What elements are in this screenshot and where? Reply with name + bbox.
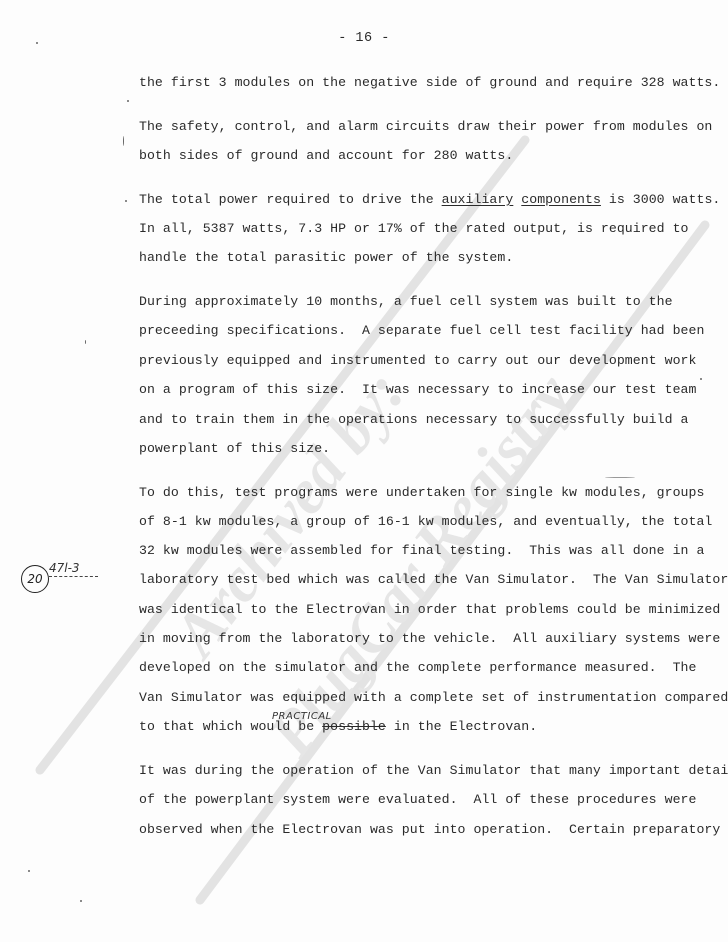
text-line: 32 kw modules were assembled for final t… — [139, 543, 704, 559]
scan-speck — [605, 477, 635, 478]
scan-speck — [125, 200, 127, 202]
text-segment: in the Electrovan. — [386, 719, 537, 734]
text-line: on a program of this size. It was necess… — [139, 382, 696, 398]
underlined-term-components: components — [521, 192, 601, 207]
text-line: The total power required to drive the au… — [139, 192, 720, 208]
text-line: powerplant of this size. — [139, 441, 330, 457]
text-line: observed when the Electrovan was put int… — [139, 822, 720, 838]
text-line: previously equipped and instrumented to … — [139, 353, 696, 369]
text-line: To do this, test programs were undertake… — [139, 485, 704, 501]
text-line: The safety, control, and alarm circuits … — [139, 119, 712, 135]
text-line: to that which would be possible in the E… — [139, 719, 537, 735]
text-line: laboratory test bed which was called the… — [139, 572, 728, 588]
text-line: preceeding specifications. A separate fu… — [139, 323, 704, 339]
handwritten-correction: PRACTICAL — [272, 711, 332, 722]
scan-speck — [123, 136, 124, 146]
text-line: of 8-1 kw modules, a group of 16-1 kw mo… — [139, 514, 712, 530]
text-line: It was during the operation of the Van S… — [139, 763, 728, 779]
scan-speck — [700, 378, 702, 380]
circled-number: 20 — [21, 565, 49, 593]
text-line: both sides of ground and account for 280… — [139, 148, 513, 164]
page-number: - 16 - — [0, 31, 728, 46]
scan-speck — [127, 100, 129, 102]
text-line: During approximately 10 months, a fuel c… — [139, 294, 673, 310]
text-line: the first 3 modules on the negative side… — [139, 75, 720, 91]
text-line: was identical to the Electrovan in order… — [139, 602, 720, 618]
margin-annotation: 20 47l-3 — [21, 561, 141, 601]
scan-speck — [36, 42, 38, 44]
text-segment: is 3000 watts. — [601, 192, 720, 207]
reference-code: 47l-3 — [49, 561, 98, 577]
text-line: and to train them in the operations nece… — [139, 412, 689, 428]
scan-speck — [85, 340, 86, 344]
scan-speck — [28, 870, 30, 872]
text-line: of the powerplant system were evaluated.… — [139, 792, 696, 808]
scan-speck — [80, 900, 82, 902]
text-line: In all, 5387 watts, 7.3 HP or 17% of the… — [139, 221, 689, 237]
text-line: in moving from the laboratory to the veh… — [139, 631, 720, 647]
document-page: Archived by: PlugCar Registry - 16 - the… — [0, 0, 728, 942]
underlined-term-auxiliary: auxiliary — [442, 192, 514, 207]
text-line: handle the total parasitic power of the … — [139, 250, 513, 266]
text-line: developed on the simulator and the compl… — [139, 660, 696, 676]
text-line: Van Simulator was equipped with a comple… — [139, 690, 728, 706]
text-segment: The total power required to drive the — [139, 192, 442, 207]
